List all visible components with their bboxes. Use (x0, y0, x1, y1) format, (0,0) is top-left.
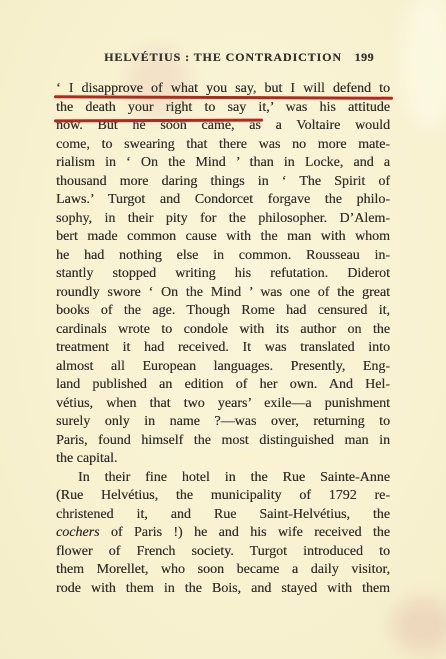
text-line: rode with them in the Bois, and stayed w… (56, 580, 390, 599)
text-line: In their fine hotel in the Rue Sainte-An… (56, 469, 390, 488)
text-line: ‘ I disapprove of what you say, but I wi… (56, 80, 390, 99)
text-line: land published an edition of her own. An… (56, 376, 390, 395)
text-line: the capital. (56, 450, 390, 469)
book-page: HELVÉTIUS : THE CONTRADICTION 199 ‘ I di… (0, 0, 446, 659)
text-line: Laws.’ Turgot and Condorcet forgave the … (56, 191, 390, 210)
text-line: vétius, when that two years’ exile—a pun… (56, 395, 390, 414)
text-line: rialism in ‘ On the Mind ’ than in Locke… (56, 154, 390, 173)
text-line: surely only in name ?—was over, returnin… (56, 413, 390, 432)
text-line: christened it, and Rue Saint-Helvétius, … (56, 506, 390, 525)
text-line: he had nothing else in common. Rousseau … (56, 247, 390, 266)
body-text: ‘ I disapprove of what you say, but I wi… (56, 80, 390, 598)
text-line: treatment it had received. It was transl… (56, 339, 390, 358)
text-line: come, to swearing that there was no more… (56, 136, 390, 155)
text-line: almost all European languages. Presently… (56, 358, 390, 377)
text-line: Paris, found himself the most distinguis… (56, 432, 390, 451)
text-line: cardinals wrote to condole with its auth… (56, 321, 390, 340)
scan-artifact (392, 598, 446, 653)
text-line: them Morellet, who soon became a daily v… (56, 561, 390, 580)
text-segment: of Paris !) he and his wife received the (100, 525, 390, 540)
text-line: bert made common cause with the man with… (56, 228, 390, 247)
text-line: now. But he soon came, as a Voltaire wou… (56, 117, 390, 136)
text-line: stantly stopped writing his refutation. … (56, 265, 390, 284)
text-line: (Rue Helvétius, the municipality of 1792… (56, 487, 390, 506)
page-number: 199 (355, 50, 375, 65)
scan-artifact (400, 0, 446, 130)
text-line: books of the age. Though Rome had censur… (56, 302, 390, 321)
text-line: sophy, in their pity for the philosopher… (56, 210, 390, 229)
page-title: HELVÉTIUS : THE CONTRADICTION (56, 50, 390, 65)
text-line: roundly swore ‘ On the Mind ’ was one of… (56, 284, 390, 303)
italic-text: cochers (56, 525, 100, 540)
text-line: thousand more daring things in ‘ The Spi… (56, 173, 390, 192)
text-line: the death your right to say it,’ was his… (56, 99, 390, 118)
running-header: HELVÉTIUS : THE CONTRADICTION 199 (56, 50, 390, 66)
text-line: flower of French society. Turgot introdu… (56, 543, 390, 562)
text-line: cochers of Paris !) he and his wife rece… (56, 524, 390, 543)
